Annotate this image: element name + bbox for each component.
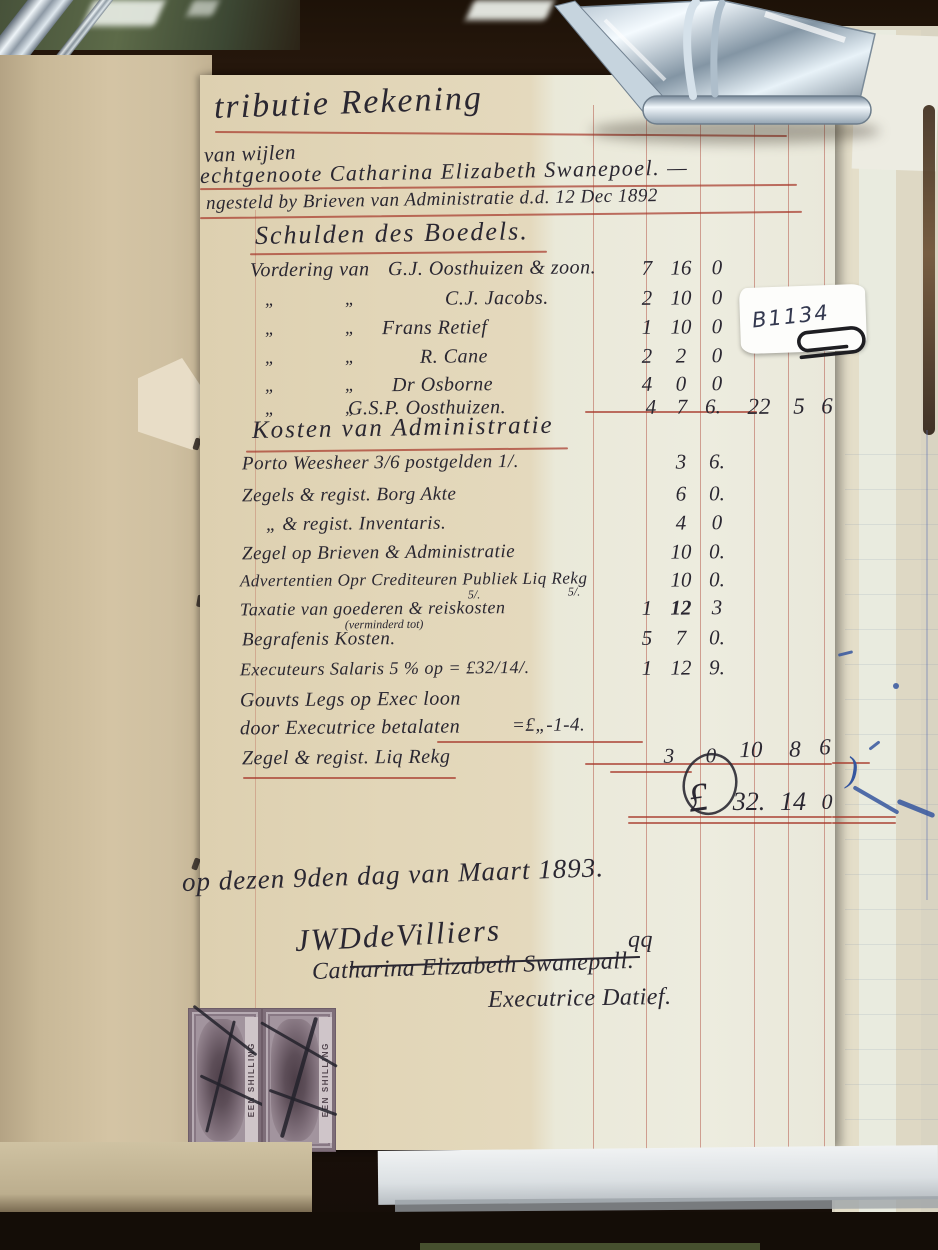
cost-desc: Executeurs Salaris 5 % op = £32/14/.: [240, 657, 530, 681]
creditor-name: Frans Retief: [382, 316, 488, 340]
cost-desc: Zegel op Brieven & Administratie: [242, 541, 515, 565]
paper-stack-left: [0, 55, 212, 1165]
ditto-mark: „: [345, 346, 356, 367]
blue-paren-mark: ): [846, 748, 859, 790]
creditor-name: C.J. Jacobs.: [445, 287, 549, 311]
amount-pence: 3: [698, 595, 736, 620]
stamp-denomination-band: EEN SHILLING: [319, 1017, 332, 1143]
stamp-denomination-band: EEN SHILLING: [245, 1017, 258, 1143]
ruling-horizontal-extension: [832, 816, 896, 818]
amount-pounds: 1: [628, 315, 666, 340]
ditto-mark: „: [345, 374, 356, 395]
cost-desc: Begrafenis Kosten.: [242, 628, 396, 651]
signature-executor: JWDdeVilliers: [294, 912, 502, 959]
ditto-mark: „: [345, 288, 356, 309]
grand-total-pounds: 32.: [730, 787, 768, 817]
ledger-page: tributie Rekening van wijlen echtgenoote…: [200, 75, 835, 1150]
amount-shillings: 12: [662, 655, 700, 680]
amount-pounds: 2: [628, 286, 666, 311]
ruling-horizontal: [243, 777, 456, 779]
cost-desc: „ & regist. Inventaris.: [266, 513, 446, 537]
amount-shillings: 12: [662, 595, 700, 620]
amount-pence: 0.: [698, 567, 736, 592]
revenue-stamp: EEN SHILLING: [188, 1008, 262, 1152]
ditto-mark: „: [265, 289, 276, 310]
amount-pence: 6.: [694, 394, 732, 419]
ditto-mark: „: [265, 347, 276, 368]
cost-desc: Gouvts Legs op Exec loon: [240, 687, 461, 712]
amount-pence: 0.: [698, 539, 736, 564]
date-line: op dezen 9den dag van Maart 1893.: [181, 852, 604, 898]
stamp-denomination: EEN SHILLING: [321, 1042, 330, 1117]
amount-pounds: 7: [628, 256, 666, 281]
paper-stack-bottom-left: [0, 1142, 312, 1216]
ledger-row: Porto Weesheer 3/6 postgelden 1/. 3 6.: [200, 448, 835, 484]
ditto-mark: „: [265, 375, 276, 396]
amount-shillings: 3: [662, 449, 700, 474]
amount-shillings: 10: [662, 539, 700, 564]
cost-desc: Zegels & regist. Borg Akte: [242, 484, 457, 508]
amount-pence: 0.: [698, 625, 736, 650]
amount-pence: 0: [698, 510, 736, 535]
row-intro: Vordering van: [250, 258, 370, 282]
dark-edge-streak: [923, 105, 935, 435]
ditto-mark: „: [345, 317, 356, 338]
photographed-document-scene: tributie Rekening van wijlen echtgenoote…: [0, 0, 938, 1250]
amount-shillings: 6: [662, 481, 700, 506]
cost-amount-note: =£„-1-4.: [512, 714, 585, 737]
document-title: tributie Rekening: [213, 80, 483, 127]
amount-shillings: 4: [662, 510, 700, 535]
amount-pounds: 2: [628, 344, 666, 369]
carry-pence: 6: [806, 734, 844, 760]
table-edge-green-sliver: [420, 1243, 760, 1250]
ditto-mark: „: [265, 318, 276, 339]
amount-pence: 0: [698, 371, 736, 396]
creditor-name: Dr Osborne: [392, 373, 493, 397]
cost-desc: Porto Weesheer 3/6 postgelden 1/.: [242, 451, 519, 475]
amount-pence: 0: [698, 255, 736, 280]
section1-heading: Schulden des Boedels.: [255, 216, 529, 251]
ruling-horizontal: [250, 251, 547, 256]
amount-shillings: 2: [662, 343, 700, 368]
faint-blue-line: [926, 430, 928, 900]
blue-dot-mark: [893, 683, 899, 689]
paperclip: [786, 318, 878, 368]
grand-total-pence: 0: [808, 789, 846, 815]
amount-pounds: 5: [628, 626, 666, 651]
ruling-horizontal-total: [628, 822, 832, 824]
cost-desc: Advertentien Opr Crediteuren Publiek Liq…: [240, 568, 588, 591]
amount-pounds: 1: [628, 596, 666, 621]
amount-pounds: 1: [628, 656, 666, 681]
creditor-name: R. Cane: [420, 345, 488, 369]
total-pounds: 22: [740, 394, 778, 420]
amount-shillings: 10: [662, 314, 700, 339]
amount-shillings: 10: [662, 567, 700, 592]
header-line-letters: ngesteld by Brieven van Administratie d.…: [206, 185, 658, 215]
ruling-horizontal-extension: [832, 822, 896, 824]
signature-title: Executrice Datief.: [488, 984, 672, 1014]
amount-pence: 9.: [698, 655, 736, 680]
amount-pence: 0: [698, 343, 736, 368]
inline-note: 5/.: [568, 584, 580, 599]
amount-shillings: 10: [662, 285, 700, 310]
total-pence: 6: [808, 393, 846, 419]
creditor-name: G.J. Oosthuizen & zoon.: [388, 256, 596, 281]
amount-shillings: 7: [662, 625, 700, 650]
amount-shillings: 0: [662, 371, 700, 396]
amount-pounds: 4: [628, 372, 666, 397]
amount-pence: 0: [698, 314, 736, 339]
section2-heading: Kosten van Administratie: [252, 412, 554, 445]
amount-pence: 0: [698, 285, 736, 310]
amount-shillings: 16: [662, 255, 700, 280]
amount-pence: 0.: [698, 481, 736, 506]
revenue-stamp: EEN SHILLING: [262, 1008, 336, 1152]
cost-desc: Zegel & regist. Liq Rekg: [242, 746, 451, 771]
amount-pence: 6.: [698, 449, 736, 474]
cost-desc: door Executrice betalaten: [240, 716, 460, 741]
bulldog-clip: [515, 0, 895, 145]
grand-total-shillings: 14: [774, 787, 812, 817]
